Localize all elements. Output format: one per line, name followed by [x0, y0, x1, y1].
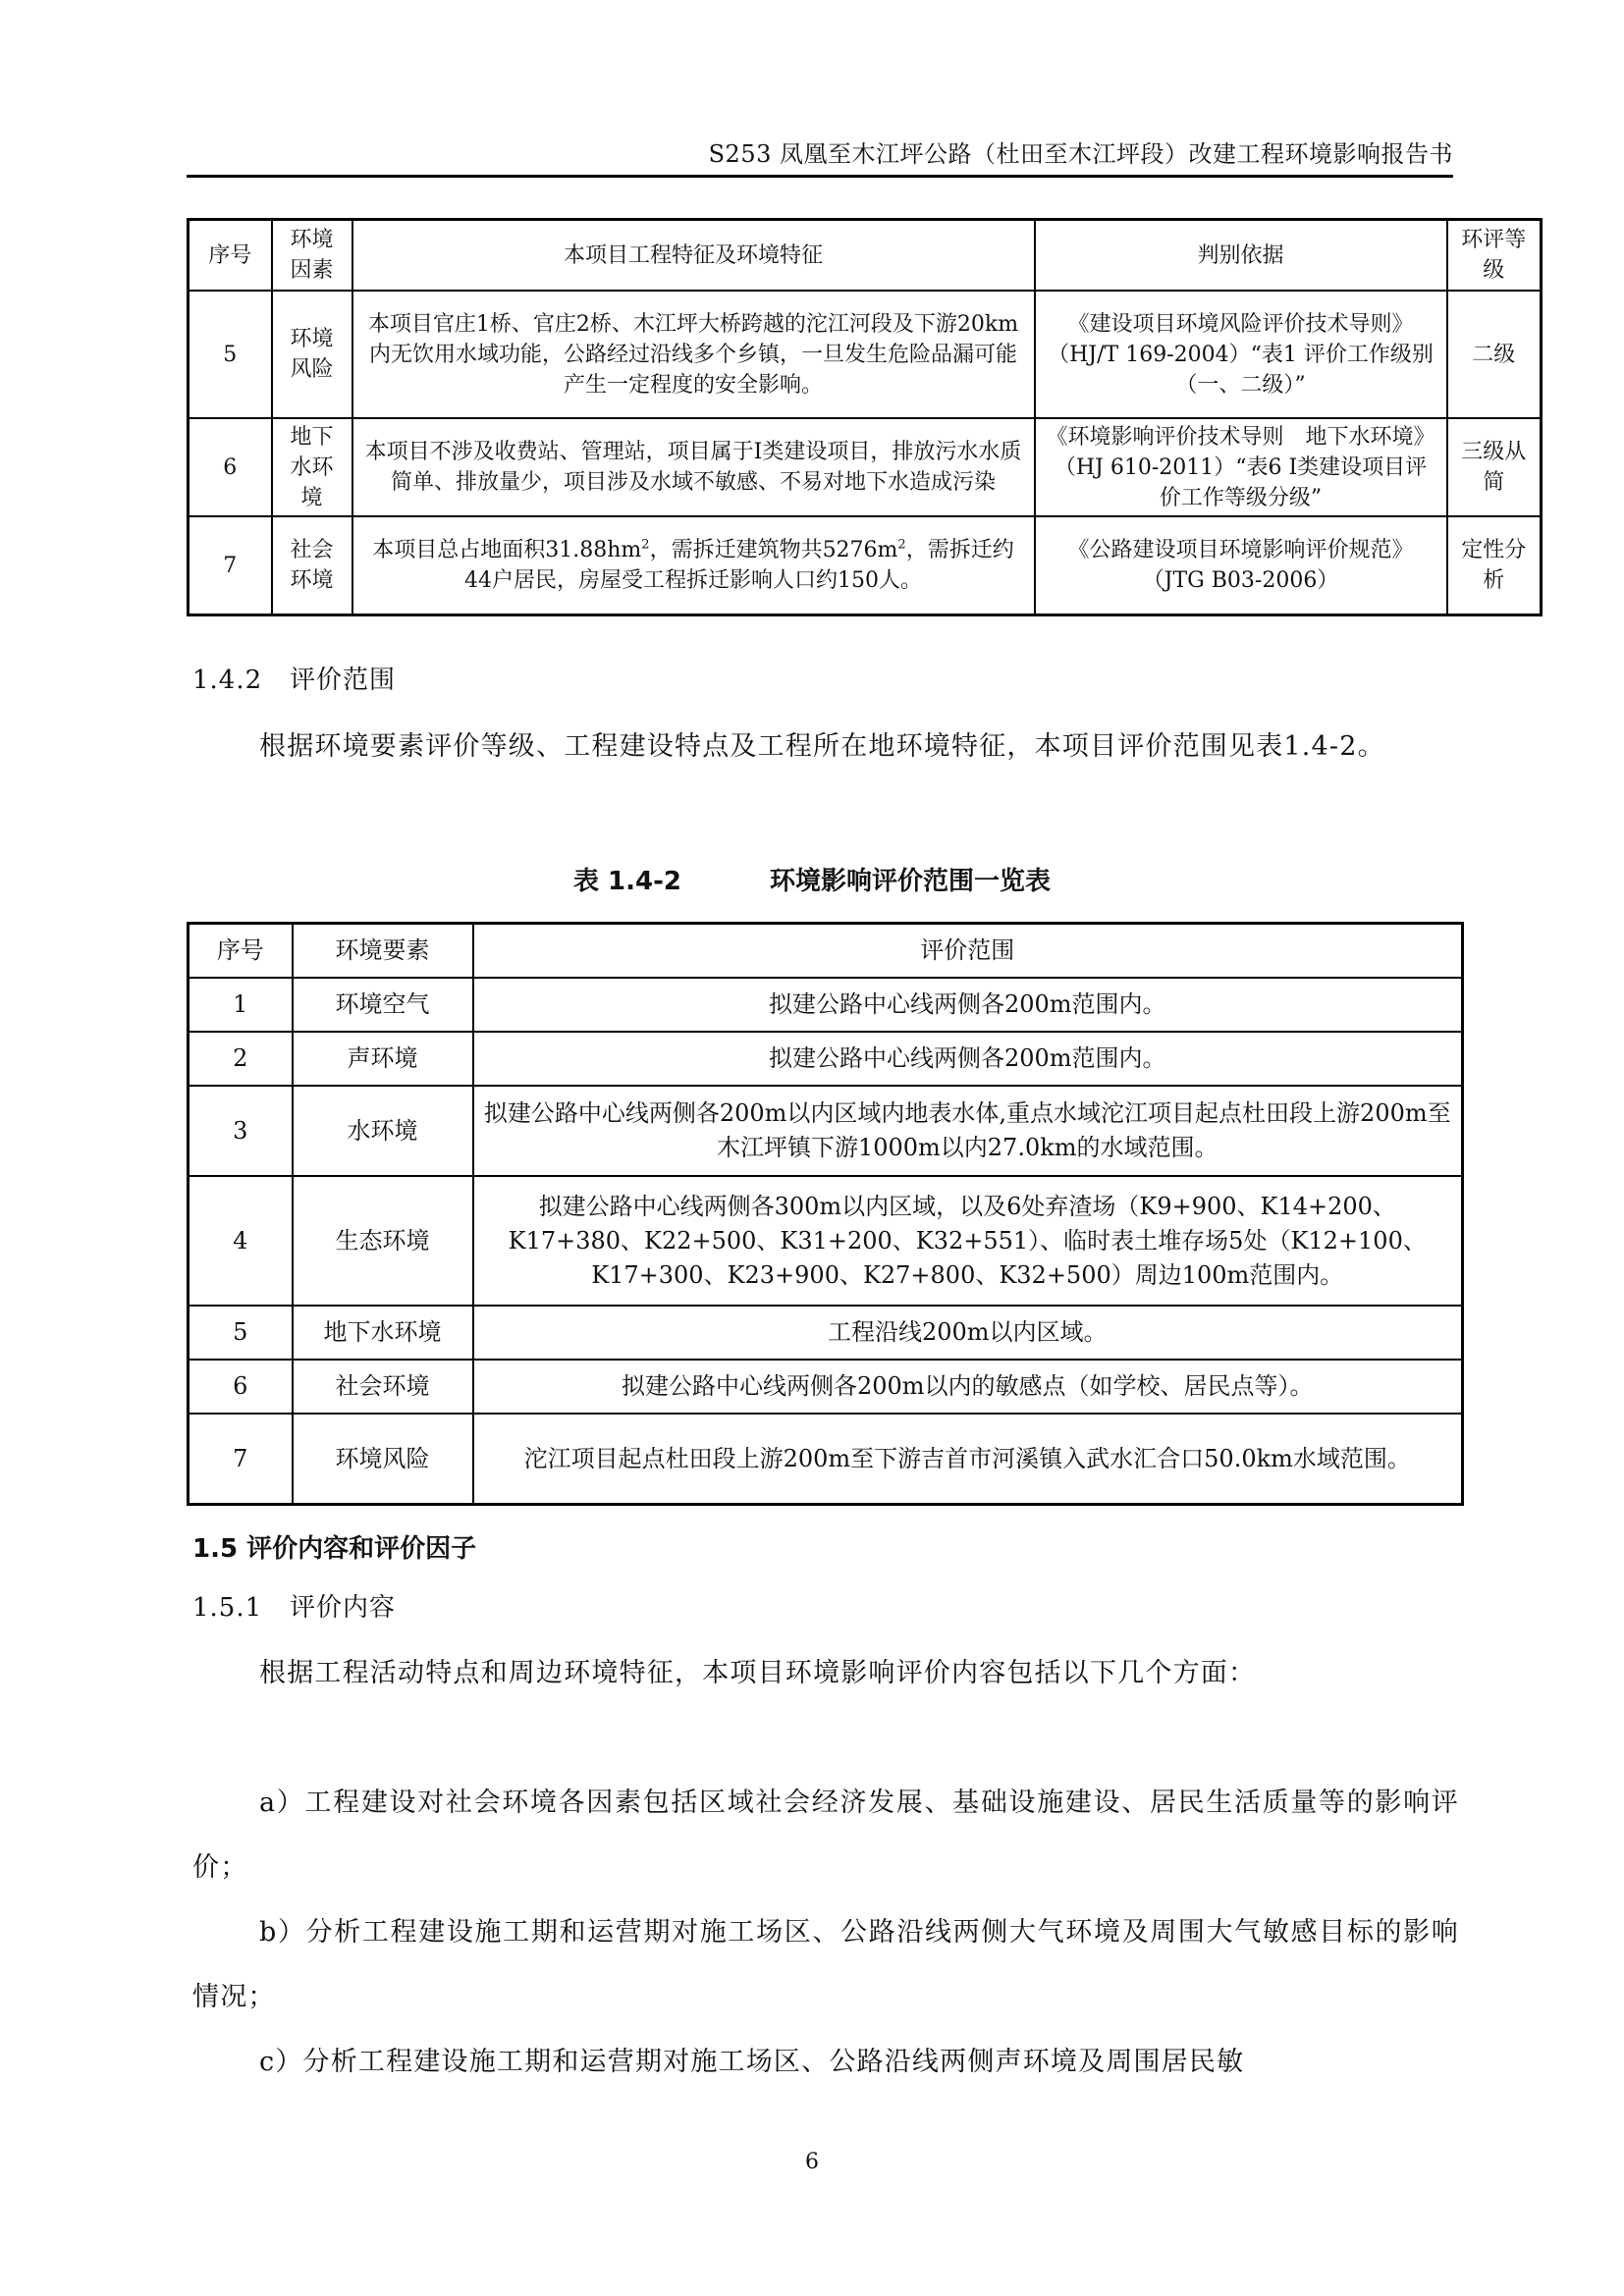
row-scope: 工程沿线200m以内区域。	[473, 1306, 1463, 1360]
row-basis: 《建设项目环境风险评价技术导则》（HJ/T 169-2004）“表1 评价工作级…	[1035, 291, 1447, 418]
row-no: 6	[189, 1360, 293, 1414]
report-title: S253 凤凰至木江坪公路（杜田至木江坪段）改建工程环境影响报告书	[709, 140, 1453, 168]
column-header-scope: 评价范围	[473, 924, 1463, 979]
row-basis: 《环境影响评价技术导则 地下水环境》（HJ 610-2011）“表6 Ⅰ类建设项…	[1035, 418, 1447, 516]
column-header-no: 序号	[189, 220, 272, 292]
section-title: 评价范围	[290, 666, 396, 695]
list-item-a: a）工程建设对社会环境各因素包括区域社会经济发展、基础设施建设、居民生活质量等的…	[192, 1771, 1459, 1900]
column-header-basis: 判别依据	[1035, 220, 1447, 292]
table-row: 6 地下水环境 本项目不涉及收费站、管理站，项目属于Ⅰ类建设项目，排放污水水质简…	[189, 418, 1542, 516]
column-header-grade: 环评等级	[1447, 220, 1542, 292]
row-element: 社会环境	[293, 1360, 473, 1414]
list-item-c: c）分析工程建设施工期和运营期对施工场区、公路沿线两侧声环境及周围居民敏	[192, 2030, 1459, 2095]
column-header-no: 序号	[189, 924, 293, 979]
row-features: 本项目不涉及收费站、管理站，项目属于Ⅰ类建设项目，排放污水水质简单、排放量少，项…	[352, 418, 1035, 516]
row-grade: 定性分析	[1447, 516, 1542, 615]
table-row: 7 社会环境 本项目总占地面积31.88hm2，需拆迁建筑物共5276m2，需拆…	[189, 516, 1542, 615]
table-row: 1 环境空气 拟建公路中心线两侧各200m范围内。	[189, 978, 1463, 1032]
column-header-features: 本项目工程特征及环境特征	[352, 220, 1035, 292]
superscript-2: 2	[641, 538, 649, 553]
row-no: 2	[189, 1032, 293, 1086]
row-no: 7	[189, 516, 272, 615]
row-no: 5	[189, 1306, 293, 1360]
column-header-factor: 环境因素	[272, 220, 352, 292]
section-1-4-2-paragraph: 根据环境要素评价等级、工程建设特点及工程所在地环境特征，本项目评价范围见表1.4…	[192, 715, 1459, 779]
row-no: 7	[189, 1414, 293, 1505]
table-row: 5 地下水环境 工程沿线200m以内区域。	[189, 1306, 1463, 1360]
row-element: 生态环境	[293, 1176, 473, 1306]
row-element: 声环境	[293, 1032, 473, 1086]
row-no: 6	[189, 418, 272, 516]
row-scope: 沱江项目起点杜田段上游200m至下游吉首市河溪镇入武水汇合口50.0km水域范围…	[473, 1414, 1463, 1505]
table-row: 3 水环境 拟建公路中心线两侧各200m以内区域内地表水体,重点水域沱江项目起点…	[189, 1086, 1463, 1176]
page-number: 6	[0, 2150, 1624, 2174]
section-number: 1.5	[192, 1534, 238, 1564]
row-no: 5	[189, 291, 272, 418]
table-row: 2 声环境 拟建公路中心线两侧各200m范围内。	[189, 1032, 1463, 1086]
row-factor: 地下水环境	[272, 418, 352, 516]
list-item-b: b）分析工程建设施工期和运营期对施工场区、公路沿线两侧大气环境及周围大气敏感目标…	[192, 1900, 1459, 2030]
row-element: 水环境	[293, 1086, 473, 1176]
table-caption: 表 1.4-2环境影响评价范围一览表	[0, 861, 1624, 897]
table-header-row: 序号 环境要素 评价范围	[189, 924, 1463, 979]
row-no: 1	[189, 978, 293, 1032]
row-scope: 拟建公路中心线两侧各200m以内区域内地表水体,重点水域沱江项目起点杜田段上游2…	[473, 1086, 1463, 1176]
row-scope: 拟建公路中心线两侧各300m以内区域，以及6处弃渣场（K9+900、K14+20…	[473, 1176, 1463, 1306]
row-element: 地下水环境	[293, 1306, 473, 1360]
caption-number: 表 1.4-2	[573, 867, 681, 896]
row-scope: 拟建公路中心线两侧各200m范围内。	[473, 978, 1463, 1032]
row-element: 环境风险	[293, 1414, 473, 1505]
table-row: 7 环境风险 沱江项目起点杜田段上游200m至下游吉首市河溪镇入武水汇合口50.…	[189, 1414, 1463, 1505]
row-features: 本项目官庄1桥、官庄2桥、木江坪大桥跨越的沱江河段及下游20km内无饮用水域功能…	[352, 291, 1035, 418]
column-header-element: 环境要素	[293, 924, 473, 979]
table-row: 4 生态环境 拟建公路中心线两侧各300m以内区域，以及6处弃渣场（K9+900…	[189, 1176, 1463, 1306]
section-number: 1.5.1	[192, 1593, 262, 1623]
table-row: 6 社会环境 拟建公路中心线两侧各200m以内的敏感点（如学校、居民点等）。	[189, 1360, 1463, 1414]
row-factor: 环境风险	[272, 291, 352, 418]
table-header-row: 序号 环境因素 本项目工程特征及环境特征 判别依据 环评等级	[189, 220, 1542, 292]
row-factor: 社会环境	[272, 516, 352, 615]
row-features: 本项目总占地面积31.88hm2，需拆迁建筑物共5276m2，需拆迁约44户居民…	[352, 516, 1035, 615]
section-title: 评价内容和评价因子	[246, 1534, 476, 1564]
superscript-2: 2	[897, 538, 905, 553]
row-scope: 拟建公路中心线两侧各200m以内的敏感点（如学校、居民点等）。	[473, 1360, 1463, 1414]
features-text-2: ，需拆迁建筑物共5276m	[650, 538, 898, 562]
features-text-1: 本项目总占地面积31.88hm	[372, 538, 641, 562]
evaluation-grade-table: 序号 环境因素 本项目工程特征及环境特征 判别依据 环评等级 5 环境风险 本项…	[187, 218, 1543, 616]
row-grade: 二级	[1447, 291, 1542, 418]
row-basis: 《公路建设项目环境影响评价规范》（JTG B03-2006）	[1035, 516, 1447, 615]
caption-title: 环境影响评价范围一览表	[770, 867, 1051, 896]
row-no: 3	[189, 1086, 293, 1176]
section-number: 1.4.2	[192, 666, 262, 695]
evaluation-scope-table: 序号 环境要素 评价范围 1 环境空气 拟建公路中心线两侧各200m范围内。 2…	[187, 922, 1464, 1506]
section-title: 评价内容	[290, 1593, 396, 1623]
section-heading-1-4-2: 1.4.2 评价范围	[192, 660, 396, 696]
row-no: 4	[189, 1176, 293, 1306]
row-scope: 拟建公路中心线两侧各200m范围内。	[473, 1032, 1463, 1086]
section-heading-1-5-1: 1.5.1 评价内容	[192, 1587, 396, 1624]
section-heading-1-5: 1.5 评价内容和评价因子	[192, 1528, 476, 1565]
page-header: S253 凤凰至木江坪公路（杜田至木江坪段）改建工程环境影响报告书	[187, 137, 1453, 178]
row-element: 环境空气	[293, 978, 473, 1032]
section-1-5-1-intro: 根据工程活动特点和周边环境特征，本项目环境影响评价内容包括以下几个方面：	[192, 1641, 1459, 1706]
table-row: 5 环境风险 本项目官庄1桥、官庄2桥、木江坪大桥跨越的沱江河段及下游20km内…	[189, 291, 1542, 418]
row-grade: 三级从简	[1447, 418, 1542, 516]
